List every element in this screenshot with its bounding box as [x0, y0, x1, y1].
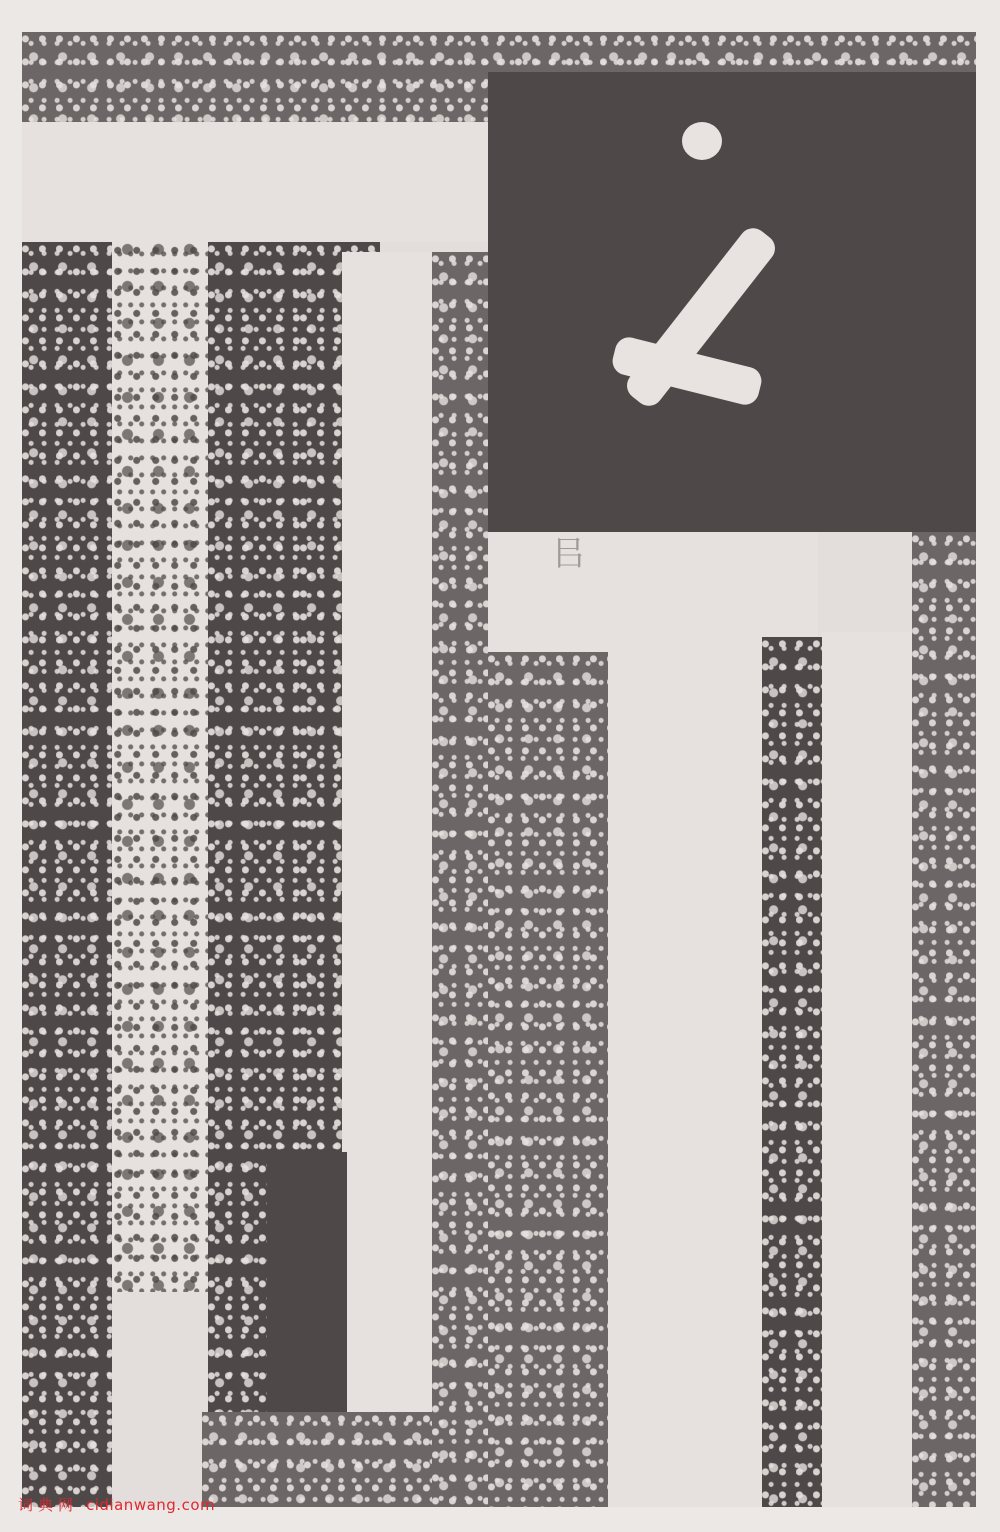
light-column-2 — [342, 252, 432, 1412]
light-column-right — [822, 632, 912, 1507]
brush-dot — [682, 122, 722, 160]
watermark-site-name: 词典网 — [18, 1496, 78, 1514]
stroke-column-6 — [488, 652, 608, 1507]
watermark-domain: cidianwang.com — [86, 1496, 215, 1514]
light-column-1 — [112, 242, 208, 1292]
stroke-column-7 — [762, 637, 822, 1507]
stone-rubbing — [22, 32, 976, 1507]
stroke-column-5 — [432, 252, 488, 1507]
top-left-light-panel — [22, 122, 488, 242]
stroke-column-1 — [22, 242, 112, 1507]
site-watermark: 词典网cidianwang.com — [18, 1494, 215, 1515]
faint-inscription-mark: 㠯 — [534, 530, 604, 578]
stroke-column-8 — [912, 532, 976, 1507]
stroke-column-4 — [267, 1152, 347, 1412]
